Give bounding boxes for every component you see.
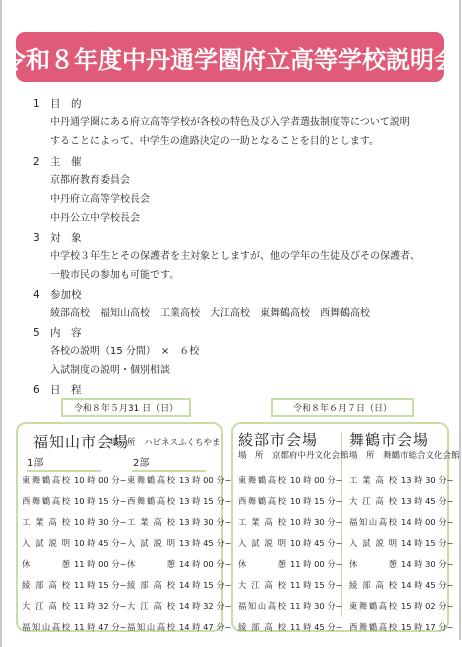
part-label: 2部 [133, 454, 149, 469]
row-time: 13 時 45 分~ [397, 495, 454, 507]
schedule-row: 休憩14 時 30 分~ [349, 558, 454, 570]
body-line: 中丹府立高等学校長会 [50, 193, 150, 207]
schedule-row: 福知山高校11 時 30 分~ [238, 600, 343, 612]
venue-place: 場 所 京都府中丹文化会館 [238, 449, 349, 461]
section-number: 1 [33, 97, 40, 111]
row-time: 11 時 30 分~ [286, 600, 343, 612]
row-label: 大江高校 [238, 579, 286, 591]
body-line: 各校の説明（15 分間） × ６校 [50, 345, 199, 359]
row-label: 東舞鶴高校 [22, 474, 70, 486]
row-time: 14 時 47 分~ [175, 621, 232, 633]
schedule-row: 福知山高校14 時 47 分~ [127, 621, 232, 633]
section-number: 5 [33, 326, 40, 340]
row-time: 10 時 15 分~ [70, 495, 127, 507]
row-label: 福知山高校 [349, 516, 397, 528]
row-label: 入試説明 [349, 537, 397, 549]
schedule-row: 西舞鶴高校10 時 15 分~ [22, 495, 127, 507]
row-label: 入試説明 [127, 537, 175, 549]
row-label: 大江高校 [349, 495, 397, 507]
row-label: 工業高校 [22, 516, 70, 528]
schedule-row: 工業高校10 時 30 分~ [22, 516, 127, 528]
row-label: 綾部高校 [349, 579, 397, 591]
schedule-row: 綾部高校14 時 15 分~ [127, 579, 232, 591]
schedule-row: 入試説明14 時 15 分~ [349, 537, 454, 549]
part-underline [27, 470, 101, 472]
schedule-row: 休憩14 時 00 分~ [127, 558, 232, 570]
venue-place: 場 所 舞鶴市総合文化会館 [349, 449, 460, 461]
schedule-row: 綾部高校11 時 15 分~ [22, 579, 127, 591]
row-label: 大江高校 [22, 600, 70, 612]
body-line: 入試制度の説明・個別相談 [50, 364, 170, 378]
row-label: 西舞鶴高校 [238, 495, 286, 507]
row-time: 11 時 47 分~ [70, 621, 127, 633]
row-time: 14 時 45 分~ [397, 579, 454, 591]
schedule-row: 東舞鶴高校13 時 00 分~ [127, 474, 232, 486]
row-label: 福知山高校 [22, 621, 70, 633]
row-label: 福知山高校 [238, 600, 286, 612]
row-time: 14 時 00 分~ [397, 516, 454, 528]
page-title: 令和８年度 中丹通学圏府立高等学校説明会 [16, 32, 444, 82]
row-label: 工業高校 [349, 474, 397, 486]
section-heading: 主 催 [50, 155, 82, 169]
schedule-row: 西舞鶴高校15 時 17 分~ [349, 621, 454, 633]
venue-name: 綾部市会場 [238, 429, 318, 450]
row-time: 14 時 15 分~ [175, 579, 232, 591]
schedule-row: 入試説明10 時 45 分~ [22, 537, 127, 549]
page-edge-right [459, 0, 461, 640]
row-time: 11 時 15 分~ [286, 579, 343, 591]
title-year: 令和８年度 [2, 40, 122, 75]
row-label: 綾部高校 [22, 579, 70, 591]
schedule-row: 入試説明13 時 45 分~ [127, 537, 232, 549]
row-label: 東舞鶴高校 [127, 474, 175, 486]
date-box-day2: 令和８年６月７日（日） [271, 398, 414, 417]
row-time: 13 時 00 分~ [175, 474, 232, 486]
row-time: 14 時 00 分~ [175, 558, 232, 570]
title-main: 中丹通学圏府立高等学校説明会 [122, 40, 458, 75]
row-time: 10 時 30 分~ [70, 516, 127, 528]
row-label: 西舞鶴高校 [22, 495, 70, 507]
section-heading: 日 程 [50, 383, 82, 397]
row-time: 13 時 45 分~ [175, 537, 232, 549]
section-heading: 対 象 [50, 231, 82, 245]
row-label: 入試説明 [238, 537, 286, 549]
schedule-row: 福知山高校14 時 00 分~ [349, 516, 454, 528]
row-time: 13 時 15 分~ [175, 495, 232, 507]
schedule-row: 入試説明10 時 45 分~ [238, 537, 343, 549]
schedule-row: 大江高校11 時 15 分~ [238, 579, 343, 591]
row-label: 東舞鶴高校 [238, 474, 286, 486]
schedule-row: 東舞鶴高校10 時 00 分~ [238, 474, 343, 486]
row-time: 14 時 30 分~ [397, 558, 454, 570]
date-box-day1: 令和８年５月31 日（日） [61, 398, 191, 417]
body-line: 一般市民の参加も可能です。 [50, 269, 179, 283]
schedule-row: 大江高校11 時 32 分~ [22, 600, 127, 612]
row-time: 14 時 15 分~ [397, 537, 454, 549]
part-underline [132, 470, 206, 472]
schedule-row: 西舞鶴高校13 時 15 分~ [127, 495, 232, 507]
body-line: 綾部高校 福知山高校 工業高校 大江高校 東舞鶴高校 西舞鶴高校 [50, 307, 370, 321]
row-label: 西舞鶴高校 [127, 495, 175, 507]
row-label: 西舞鶴高校 [349, 621, 397, 633]
row-label: 東舞鶴高校 [349, 600, 397, 612]
schedule-row: 休憩11 時 00 分~ [22, 558, 127, 570]
row-time: 11 時 00 分~ [286, 558, 343, 570]
row-label: 綾部高校 [127, 579, 175, 591]
schedule-row: 大江高校14 時 32 分~ [127, 600, 232, 612]
body-line: 京都府教育委員会 [50, 174, 130, 188]
row-time: 15 時 17 分~ [397, 621, 454, 633]
section-heading: 参加校 [50, 288, 82, 302]
schedule-row: 東舞鶴高校10 時 00 分~ [22, 474, 127, 486]
row-label: 休憩 [349, 558, 397, 570]
schedule-row: 福知山高校11 時 47 分~ [22, 621, 127, 633]
row-time: 13 時 30 分~ [175, 516, 232, 528]
row-label: 入試説明 [22, 537, 70, 549]
row-time: 10 時 30 分~ [286, 516, 343, 528]
venue-place: 場 所 ハピネスふくちやま [110, 436, 221, 448]
schedule-row: 綾部高校11 時 45 分~ [238, 621, 343, 633]
body-line: 中学校３年生とその保護者を主対象としますが、他の学年の生徒及びその保護者、 [50, 250, 420, 264]
row-time: 11 時 45 分~ [286, 621, 343, 633]
body-line: 中丹公立中学校長会 [50, 212, 140, 226]
section-number: 6 [33, 383, 40, 397]
row-time: 10 時 00 分~ [286, 474, 343, 486]
page-edge-left [0, 0, 2, 647]
section-number: 2 [33, 155, 40, 169]
schedule-row: 工業高校13 時 30 分~ [349, 474, 454, 486]
row-time: 11 時 32 分~ [70, 600, 127, 612]
row-time: 10 時 00 分~ [70, 474, 127, 486]
body-line: 中丹通学圏にある府立高等学校が各校の特色及び入学者選抜制度等について説明 [50, 116, 410, 130]
row-label: 休憩 [238, 558, 286, 570]
row-label: 福知山高校 [127, 621, 175, 633]
schedule-row: 大江高校13 時 45 分~ [349, 495, 454, 507]
row-label: 工業高校 [238, 516, 286, 528]
row-time: 10 時 45 分~ [286, 537, 343, 549]
row-time: 15 時 02 分~ [397, 600, 454, 612]
row-time: 13 時 30 分~ [397, 474, 454, 486]
venue-name: 舞鶴市会場 [349, 429, 429, 450]
row-time: 14 時 32 分~ [175, 600, 232, 612]
row-label: 休憩 [22, 558, 70, 570]
schedule-row: 東舞鶴高校15 時 02 分~ [349, 600, 454, 612]
section-heading: 内 容 [50, 326, 82, 340]
section-number: 3 [33, 231, 40, 245]
row-label: 大江高校 [127, 600, 175, 612]
row-time: 10 時 15 分~ [286, 495, 343, 507]
row-label: 休憩 [127, 558, 175, 570]
row-label: 工業高校 [127, 516, 175, 528]
section-heading: 目 的 [50, 97, 82, 111]
schedule-row: 西舞鶴高校10 時 15 分~ [238, 495, 343, 507]
row-time: 11 時 00 分~ [70, 558, 127, 570]
row-time: 11 時 15 分~ [70, 579, 127, 591]
row-label: 綾部高校 [238, 621, 286, 633]
section-number: 4 [33, 288, 40, 302]
document-page: 令和８年度 中丹通学圏府立高等学校説明会 1 目 的 中丹通学圏にある府立高等学… [0, 0, 462, 647]
schedule-row: 休憩11 時 00 分~ [238, 558, 343, 570]
schedule-row: 工業高校10 時 30 分~ [238, 516, 343, 528]
schedule-row: 綾部高校14 時 45 分~ [349, 579, 454, 591]
schedule-row: 工業高校13 時 30 分~ [127, 516, 232, 528]
row-time: 10 時 45 分~ [70, 537, 127, 549]
body-line: することによって、中学生の進路決定の一助となることを目的とします。 [50, 135, 379, 149]
part-label: 1部 [27, 454, 43, 469]
